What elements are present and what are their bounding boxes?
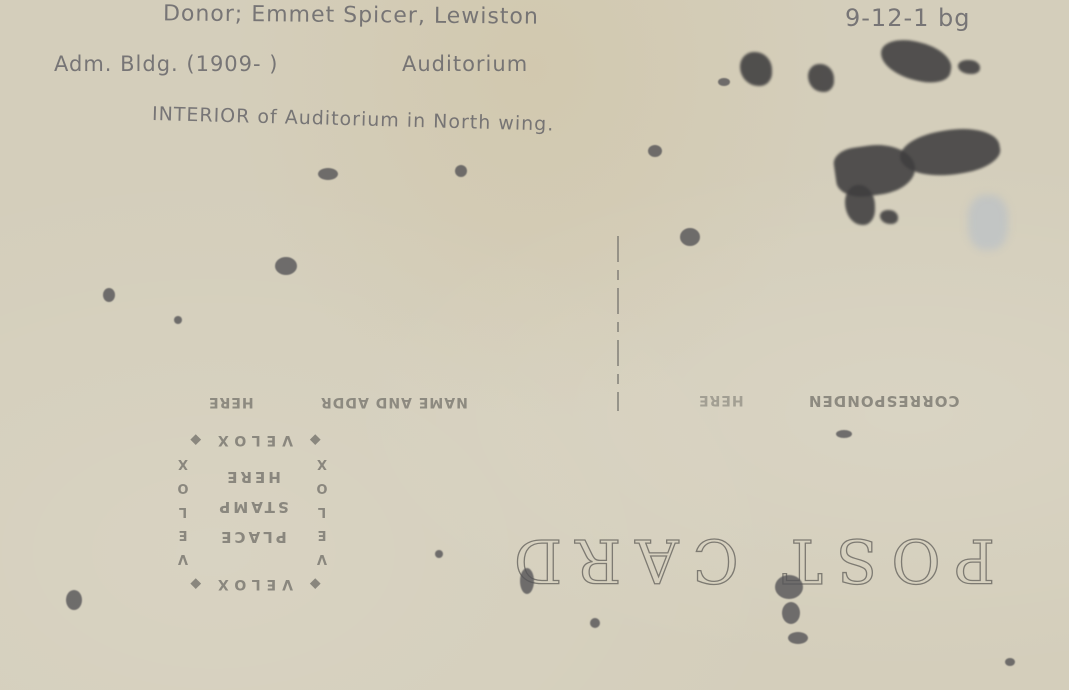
donor-note: Donor; Emmet Spicer, Lewiston xyxy=(163,1,539,29)
stamp-line-stamp: STAMP xyxy=(195,492,310,522)
speck xyxy=(318,168,338,180)
title-letter: O xyxy=(877,525,940,595)
water-stain xyxy=(968,195,1008,250)
speck xyxy=(174,316,182,324)
title-letter: C xyxy=(679,525,739,595)
stamp-placement-box: ◆ VELOX ◆ V E L O X V E L O X PLACE STAM… xyxy=(175,432,330,592)
adhesive-stain xyxy=(845,185,875,225)
stamp-border-letter: O xyxy=(316,480,327,495)
stamp-line-here: HERE xyxy=(195,462,310,492)
adhesive-stain xyxy=(880,210,898,224)
building-note: Adm. Bldg. (1909- ) xyxy=(54,52,278,76)
name-address-label: NAME AND ADDR xyxy=(320,394,468,410)
stamp-border-letter: X xyxy=(317,456,327,471)
correspondence-label: CORRESPONDEN xyxy=(808,392,959,410)
post-card-title: P O S T C A R D xyxy=(500,530,995,590)
speck xyxy=(66,590,82,610)
speck xyxy=(275,257,297,275)
description-note: INTERIOR of Auditorium in North wing. xyxy=(152,103,555,136)
adhesive-stain xyxy=(958,60,980,74)
postcard-back: Donor; Emmet Spicer, Lewiston 9-12-1 bg … xyxy=(0,0,1069,690)
speck xyxy=(782,602,800,624)
stamp-line-place: PLACE xyxy=(195,522,310,552)
stamp-border-left: V E L O X xyxy=(314,452,330,570)
speck xyxy=(680,228,700,246)
correspondence-here-label: HERE xyxy=(698,392,744,408)
speck xyxy=(718,78,730,86)
speck xyxy=(435,550,443,558)
title-letter: S xyxy=(822,525,877,595)
adhesive-stain xyxy=(877,35,955,87)
building-subject-note: Auditorium xyxy=(402,52,528,76)
speck xyxy=(788,632,808,644)
speck xyxy=(590,618,600,628)
stamp-border-letter: O xyxy=(177,480,188,495)
stamp-border-letter: E xyxy=(179,527,188,542)
stamp-border-right: V E L O X xyxy=(175,452,191,570)
stamp-border-letter: X xyxy=(178,456,188,471)
speck xyxy=(455,165,467,177)
stamp-border-letter: E xyxy=(318,527,327,542)
stamp-border-top: ◆ VELOX ◆ xyxy=(175,576,330,592)
stamp-border-letter: L xyxy=(179,504,187,519)
stamp-border-letter: V xyxy=(178,551,188,566)
title-letter: R xyxy=(562,525,621,595)
stamp-border-letter: V xyxy=(317,551,327,566)
stamp-instructions: PLACE STAMP HERE xyxy=(195,462,310,552)
adhesive-stain xyxy=(740,52,772,86)
speck xyxy=(103,288,115,302)
stamp-border-bottom: ◆ VELOX ◆ xyxy=(175,432,330,448)
center-divider xyxy=(617,236,619,411)
speck xyxy=(775,575,803,599)
name-address-here-label: HERE xyxy=(208,394,254,410)
date-code-note: 9-12-1 bg xyxy=(845,4,971,32)
speck xyxy=(1005,658,1015,666)
title-letter: P xyxy=(941,525,995,595)
title-letter: A xyxy=(621,525,678,595)
speck xyxy=(836,430,852,438)
stamp-border-letter: L xyxy=(318,504,326,519)
speck xyxy=(520,568,534,594)
adhesive-stain xyxy=(808,64,834,92)
speck xyxy=(648,145,662,157)
